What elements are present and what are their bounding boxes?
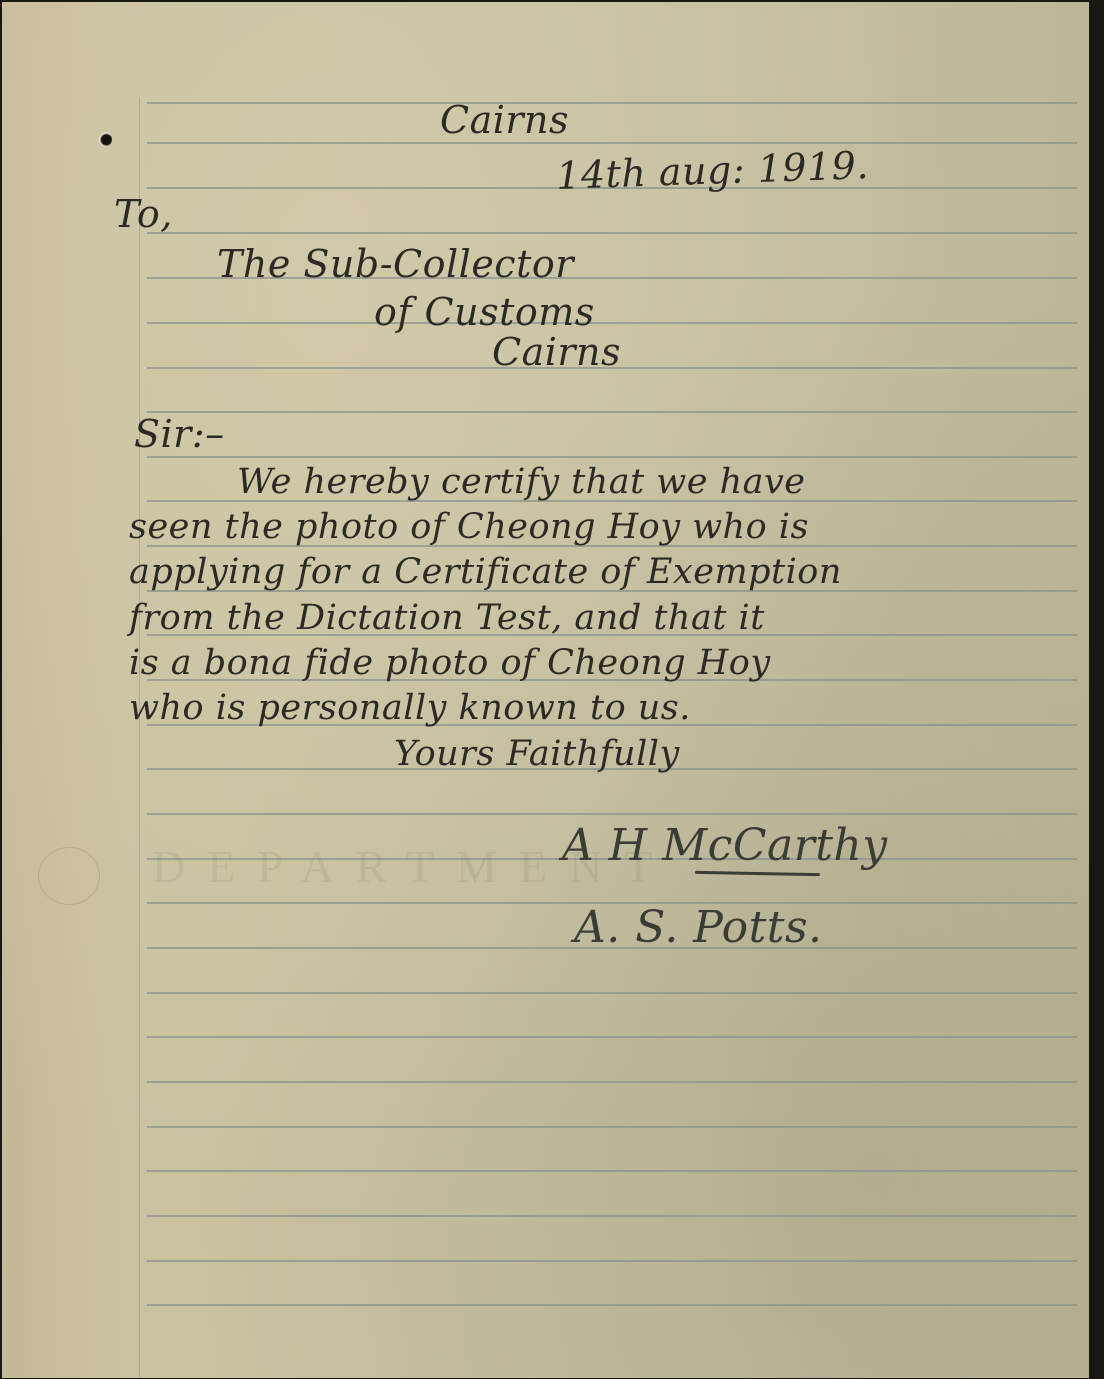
address-line-3: Cairns [492, 330, 621, 374]
signature-underline [695, 871, 820, 876]
body-line-6: who is personally known to us. [129, 688, 691, 728]
address-line-1: The Sub-Collector [217, 242, 574, 286]
ruled-line [147, 1036, 1077, 1038]
letter-page: DEPARTMENT Cairns 14th aug: 1919. To, Th… [2, 2, 1089, 1378]
ruled-line [147, 322, 1077, 324]
ruled-line [147, 142, 1077, 144]
greeting: Sir:– [134, 412, 225, 456]
paper-stain [98, 131, 112, 147]
ruled-line [147, 232, 1077, 234]
signature-2: A. S. Potts. [574, 902, 823, 953]
address-line-2: of Customs [374, 290, 595, 334]
letter-place: Cairns [440, 98, 569, 142]
ruled-line [147, 1081, 1077, 1083]
body-line-1: We hereby certify that we have [237, 462, 805, 502]
ruled-line [147, 1260, 1077, 1262]
address-to: To, [114, 192, 173, 236]
ruled-line [147, 1170, 1077, 1172]
margin-line [139, 97, 140, 1378]
ruled-line [147, 456, 1077, 458]
body-line-5: is a bona fide photo of Cheong Hoy [129, 643, 771, 683]
ruled-line [147, 1215, 1077, 1217]
signature-1: A H McCarthy [562, 820, 888, 871]
body-line-3: applying for a Certificate of Exemption [129, 552, 842, 592]
body-line-2: seen the photo of Cheong Hoy who is [129, 507, 809, 547]
body-line-4: from the Dictation Test, and that it [129, 598, 765, 638]
ruled-line [147, 411, 1077, 413]
ruled-line [147, 813, 1077, 815]
closing: Yours Faithfully [394, 734, 680, 774]
ruled-line [147, 1304, 1077, 1306]
bleed-through-stamp [38, 847, 100, 905]
ruled-line [147, 992, 1077, 994]
ruled-line [147, 1126, 1077, 1128]
letter-date: 14th aug: 1919. [555, 143, 869, 198]
ruled-line [147, 102, 1077, 104]
